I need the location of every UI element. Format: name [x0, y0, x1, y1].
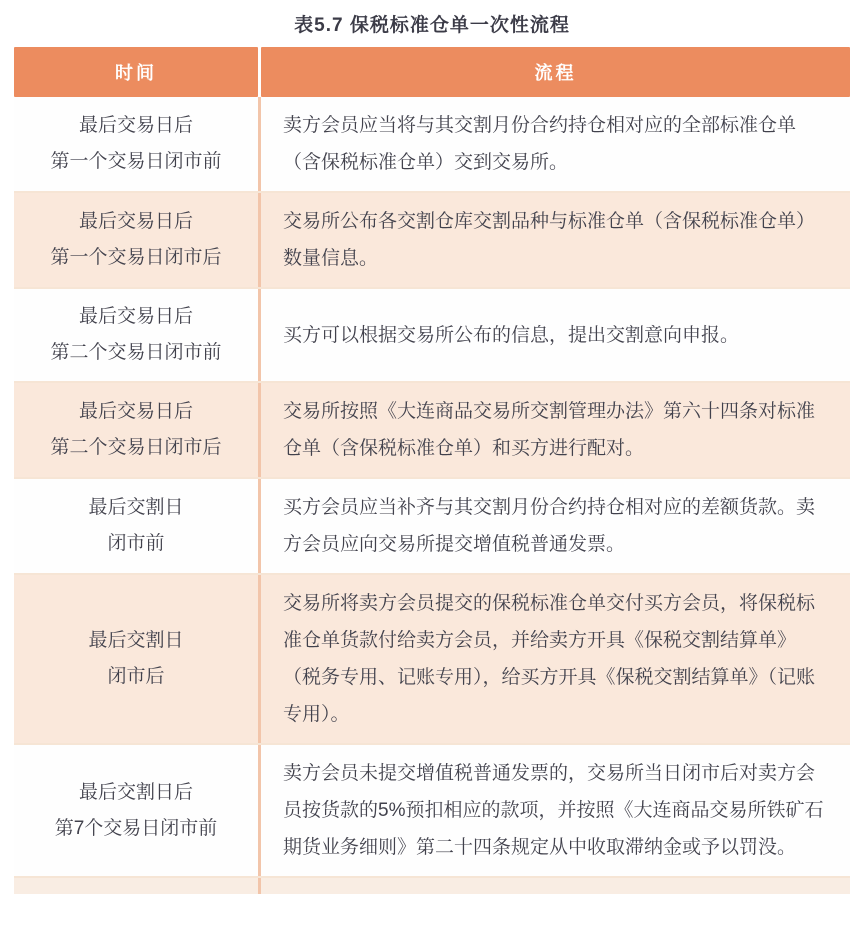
process-text: 买方可以根据交易所公布的信息，提出交割意向申报。	[283, 317, 824, 354]
page: 表5.7 保税标准仓单一次性流程 时间 流程 最后交易日后第一个交易日闭市前 卖…	[0, 0, 864, 926]
table-row: 最后交割日后第7个交易日闭市前 卖方会员未提交增值税普通发票的，交易所当日闭市后…	[14, 743, 850, 876]
time-line: 最后交易日后	[50, 204, 221, 240]
partial-next-row	[14, 876, 850, 894]
time-text: 最后交割日后第7个交易日闭市前	[55, 775, 218, 847]
process-cell: 卖方会员应当将与其交割月份合约持仓相对应的全部标准仓单（含保税标准仓单）交到交易…	[261, 97, 850, 191]
time-text: 最后交易日后第一个交易日闭市后	[50, 204, 221, 276]
time-line: 最后交易日后	[50, 299, 221, 335]
process-cell: 交易所将卖方会员提交的保税标准仓单交付买方会员，将保税标准仓单货款付给卖方会员，…	[261, 575, 850, 743]
partial-time-cell	[14, 878, 258, 894]
time-cell: 最后交易日后第二个交易日闭市后	[14, 383, 258, 477]
time-cell: 最后交割日闭市后	[14, 575, 258, 743]
process-cell: 交易所公布各交割仓库交割品种与标准仓单（含保税标准仓单）数量信息。	[261, 193, 850, 287]
time-line: 最后交割日	[88, 623, 183, 659]
time-cell: 最后交易日后第二个交易日闭市前	[14, 289, 258, 381]
time-text: 最后交割日闭市后	[88, 623, 183, 695]
time-text: 最后交易日后第一个交易日闭市前	[50, 108, 221, 180]
time-line: 最后交易日后	[50, 108, 221, 144]
time-cell: 最后交易日后第一个交易日闭市后	[14, 193, 258, 287]
time-line: 最后交割日	[88, 490, 183, 526]
time-line: 最后交易日后	[50, 394, 221, 430]
table-row: 最后交易日后第二个交易日闭市前 买方可以根据交易所公布的信息，提出交割意向申报。	[14, 287, 850, 381]
table-body: 最后交易日后第一个交易日闭市前 卖方会员应当将与其交割月份合约持仓相对应的全部标…	[14, 97, 850, 876]
table-row: 最后交易日后第一个交易日闭市前 卖方会员应当将与其交割月份合约持仓相对应的全部标…	[14, 97, 850, 191]
table-header: 时间 流程	[14, 47, 850, 97]
time-cell: 最后交割日后第7个交易日闭市前	[14, 745, 258, 876]
process-cell: 交易所按照《大连商品交易所交割管理办法》第六十四条对标准仓单（含保税标准仓单）和…	[261, 383, 850, 477]
header-cell-time: 时间	[14, 47, 258, 97]
time-text: 最后交易日后第二个交易日闭市前	[50, 299, 221, 371]
process-text: 买方会员应当补齐与其交割月份合约持仓相对应的差额货款。卖方会员应向交易所提交增值…	[283, 489, 824, 563]
time-line: 闭市后	[88, 659, 183, 695]
time-line: 第一个交易日闭市后	[50, 240, 221, 276]
time-line: 最后交割日后	[55, 775, 218, 811]
process-text: 卖方会员未提交增值税普通发票的，交易所当日闭市后对卖方会员按货款的5%预扣相应的…	[283, 755, 824, 866]
time-cell: 最后交易日后第一个交易日闭市前	[14, 97, 258, 191]
time-text: 最后交易日后第二个交易日闭市后	[50, 394, 221, 466]
table-row: 最后交易日后第一个交易日闭市后 交易所公布各交割仓库交割品种与标准仓单（含保税标…	[14, 191, 850, 287]
process-table: 时间 流程 最后交易日后第一个交易日闭市前 卖方会员应当将与其交割月份合约持仓相…	[14, 47, 850, 894]
process-cell: 卖方会员未提交增值税普通发票的，交易所当日闭市后对卖方会员按货款的5%预扣相应的…	[261, 745, 850, 876]
time-line: 第二个交易日闭市后	[50, 430, 221, 466]
process-cell: 买方会员应当补齐与其交割月份合约持仓相对应的差额货款。卖方会员应向交易所提交增值…	[261, 479, 850, 573]
time-line: 第一个交易日闭市前	[50, 144, 221, 180]
table-row: 最后交易日后第二个交易日闭市后 交易所按照《大连商品交易所交割管理办法》第六十四…	[14, 381, 850, 477]
time-cell: 最后交割日闭市前	[14, 479, 258, 573]
process-text: 交易所公布各交割仓库交割品种与标准仓单（含保税标准仓单）数量信息。	[283, 203, 824, 277]
process-text: 交易所按照《大连商品交易所交割管理办法》第六十四条对标准仓单（含保税标准仓单）和…	[283, 393, 824, 467]
time-line: 第7个交易日闭市前	[55, 811, 218, 847]
table-title: 表5.7 保税标准仓单一次性流程	[0, 0, 864, 47]
time-line: 第二个交易日闭市前	[50, 335, 221, 371]
header-cell-process: 流程	[261, 47, 850, 97]
time-text: 最后交割日闭市前	[88, 490, 183, 562]
partial-process-cell	[261, 878, 850, 894]
time-line: 闭市前	[88, 526, 183, 562]
process-cell: 买方可以根据交易所公布的信息，提出交割意向申报。	[261, 289, 850, 381]
table-row: 最后交割日闭市前 买方会员应当补齐与其交割月份合约持仓相对应的差额货款。卖方会员…	[14, 477, 850, 573]
process-text: 交易所将卖方会员提交的保税标准仓单交付买方会员，将保税标准仓单货款付给卖方会员，…	[283, 585, 824, 733]
process-text: 卖方会员应当将与其交割月份合约持仓相对应的全部标准仓单（含保税标准仓单）交到交易…	[283, 107, 824, 181]
table-row: 最后交割日闭市后 交易所将卖方会员提交的保税标准仓单交付买方会员，将保税标准仓单…	[14, 573, 850, 743]
